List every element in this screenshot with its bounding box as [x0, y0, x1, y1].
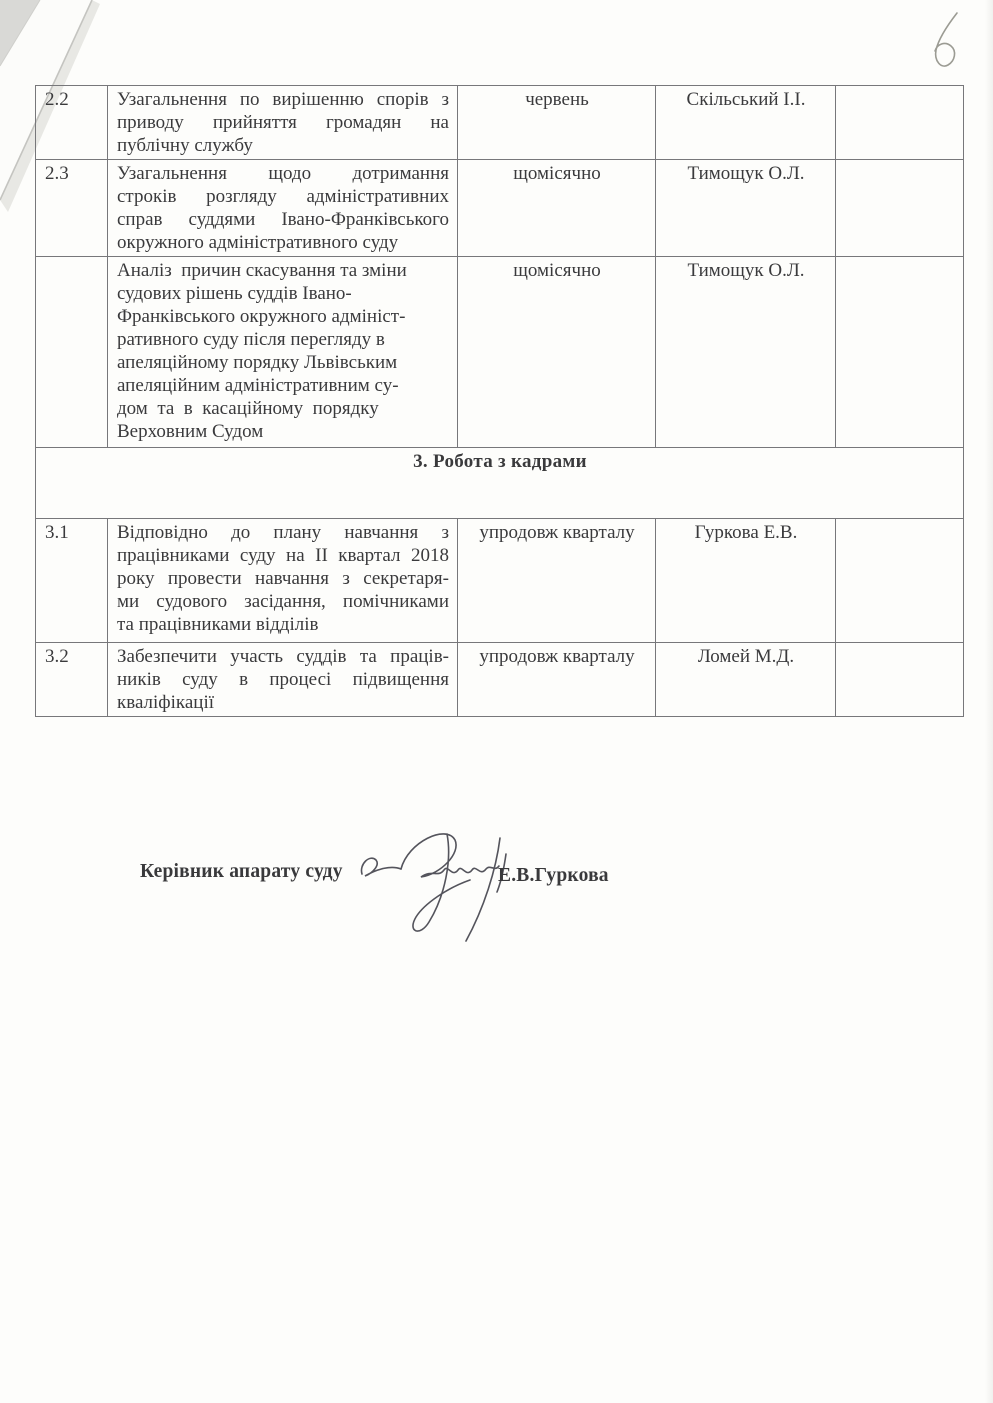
task-text: Забезпечити участь суддів та праців-никі…: [108, 643, 458, 717]
task-line: справ суддями Івано-Франківського: [117, 208, 449, 231]
task-line: Узагальнення по вирішенню спорів з: [117, 88, 449, 111]
task-line: дом та в касаційному порядку: [117, 397, 449, 420]
signature-name: Е.В.Гуркова: [498, 865, 609, 887]
handwritten-page-number: [928, 10, 968, 72]
section-heading: 3. Робота з кадрами: [36, 448, 964, 519]
row-number: 3.2: [36, 643, 108, 717]
task-text: Аналіз причин скасування та змінисудових…: [108, 257, 458, 448]
paper-edge-shadow: [985, 0, 993, 1403]
table-row: 3.2 Забезпечити участь суддів та праців-…: [36, 643, 964, 717]
term-cell: щомісячно: [458, 257, 656, 448]
task-line: Узагальнення щодо дотримання: [117, 162, 449, 185]
term-cell: червень: [458, 86, 656, 160]
row-number: [36, 257, 108, 448]
section-heading-row: 3. Робота з кадрами: [36, 448, 964, 519]
signature-role-label: Керівник апарату суду: [140, 861, 343, 883]
task-line: Франківського окружного адмініст-: [117, 305, 449, 328]
task-line: ників суду в процесі підвищення: [117, 668, 449, 691]
responsible-cell: Ломей М.Д.: [656, 643, 836, 717]
term-cell: упродовж кварталу: [458, 519, 656, 643]
responsible-cell: Тимощук О.Л.: [656, 160, 836, 257]
notes-cell: [836, 643, 964, 717]
table-row: 3.1 Відповідно до плану навчання зпраців…: [36, 519, 964, 643]
task-line: Аналіз причин скасування та зміни: [117, 259, 449, 282]
task-text: Узагальнення по вирішенню спорів зпривод…: [108, 86, 458, 160]
task-text: Узагальнення щодо дотриманнястроків розг…: [108, 160, 458, 257]
task-line: публічну службу: [117, 134, 449, 157]
term-cell: щомісячно: [458, 160, 656, 257]
row-number: 2.2: [36, 86, 108, 160]
scanned-document-page: 2.2 Узагальнення по вирішенню спорів зпр…: [0, 0, 993, 1403]
task-line: працівниками суду на ІІ квартал 2018: [117, 544, 449, 567]
task-line: ративного суду після перегляду в: [117, 328, 449, 351]
row-number: 2.3: [36, 160, 108, 257]
responsible-cell: Гуркова Е.В.: [656, 519, 836, 643]
task-line: Верховним Судом: [117, 420, 449, 443]
table-row: 2.2 Узагальнення по вирішенню спорів зпр…: [36, 86, 964, 160]
task-line: Відповідно до плану навчання з: [117, 521, 449, 544]
task-line: апеляційним адміністративним су-: [117, 374, 449, 397]
task-line: та працівниками відділів: [117, 613, 449, 636]
notes-cell: [836, 160, 964, 257]
task-line: Забезпечити участь суддів та праців-: [117, 645, 449, 668]
table-row: 2.3 Узагальнення щодо дотриманнястроків …: [36, 160, 964, 257]
table-row: Аналіз причин скасування та змінисудових…: [36, 257, 964, 448]
term-cell: упродовж кварталу: [458, 643, 656, 717]
row-number: 3.1: [36, 519, 108, 643]
task-line: окружного адміністративного суду: [117, 231, 449, 254]
notes-cell: [836, 86, 964, 160]
task-line: строків розгляду адміністративних: [117, 185, 449, 208]
notes-cell: [836, 519, 964, 643]
task-line: ми судового засідання, помічниками: [117, 590, 449, 613]
task-text: Відповідно до плану навчання зпрацівника…: [108, 519, 458, 643]
responsible-cell: Скільський І.І.: [656, 86, 836, 160]
task-line: судових рішень суддів Івано-: [117, 282, 449, 305]
task-line: року провести навчання з секретаря-: [117, 567, 449, 590]
responsible-cell: Тимощук О.Л.: [656, 257, 836, 448]
task-line: приводу прийняття громадян на: [117, 111, 449, 134]
task-line: кваліфікації: [117, 691, 449, 714]
task-line: апеляційному порядку Львівським: [117, 351, 449, 374]
work-plan-table: 2.2 Узагальнення по вирішенню спорів зпр…: [35, 85, 964, 717]
notes-cell: [836, 257, 964, 448]
